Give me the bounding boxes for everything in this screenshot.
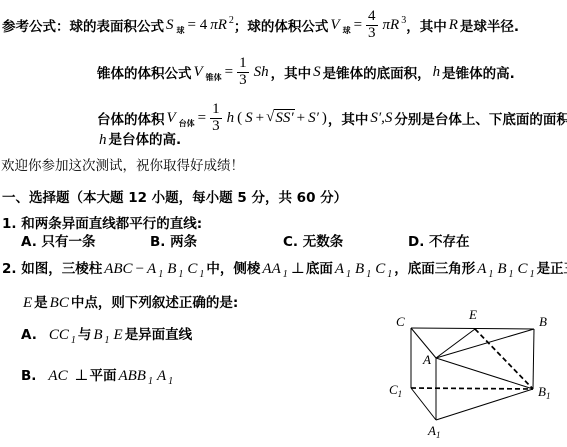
q1-option-b: B. 两条 xyxy=(150,230,197,250)
q2-stem-line2: E是BC中点，则下列叙述正确的是: xyxy=(21,291,238,312)
q2-stem-line1: 2. 如图，三棱柱ABC−A1B1C1中，侧棱AA1⊥底面A1B1C1，底面三角… xyxy=(2,257,567,278)
q1-option-a: A. 只有一条 xyxy=(21,230,96,250)
q1-option-c: C. 无数条 xyxy=(283,230,343,250)
q1-stem-label: 1. 和两条异面直线都平行的直线: xyxy=(2,212,202,232)
prism-figure: C E B A C1 B1 A1 xyxy=(383,306,567,447)
formula-line-sphere: 参考公式：球的表面积公式S球= 4πR2；球的体积公式V球=43πR3，其中R是… xyxy=(2,5,519,45)
welcome-text: 欢迎你参加这次测试，祝你取得好成绩！ xyxy=(1,154,244,174)
test-paper-page: 参考公式：球的表面积公式S球= 4πR2；球的体积公式V球=43πR3，其中R是… xyxy=(0,0,567,447)
q2-option-b: B.AC ⊥平面ABB1A1 xyxy=(21,364,175,385)
formula-line-frustum-cont: h是台体的高. xyxy=(97,128,181,149)
vertex-label-C: C xyxy=(396,314,405,329)
welcome-label: 欢迎你参加这次测试，祝你取得好成绩！ xyxy=(1,154,244,174)
q2-option-a: A.CC1与B1E是异面直线 xyxy=(21,323,192,344)
vertex-label-B: B xyxy=(539,314,547,329)
vertex-label-B1: B1 xyxy=(538,384,550,401)
vertex-label-E: E xyxy=(468,307,477,322)
vertex-label-A1: A1 xyxy=(427,423,440,440)
q1-stem: 1. 和两条异面直线都平行的直线: xyxy=(2,212,202,232)
vertex-label-A: A xyxy=(422,352,431,367)
prism-solid-edges xyxy=(411,328,534,420)
section-header: 一、选择题（本大题 12 小题，每小题 5 分，共 60 分） xyxy=(2,186,347,206)
q1-option-d: D. 不存在 xyxy=(408,230,470,250)
vertex-label-C1: C1 xyxy=(389,382,402,399)
formula-line-cone: 锥体的体积公式V锥体=13Sh，其中S是锥体的底面积，h是锥体的高. xyxy=(97,52,515,92)
section-header-label: 一、选择题（本大题 12 小题，每小题 5 分，共 60 分） xyxy=(2,186,347,206)
